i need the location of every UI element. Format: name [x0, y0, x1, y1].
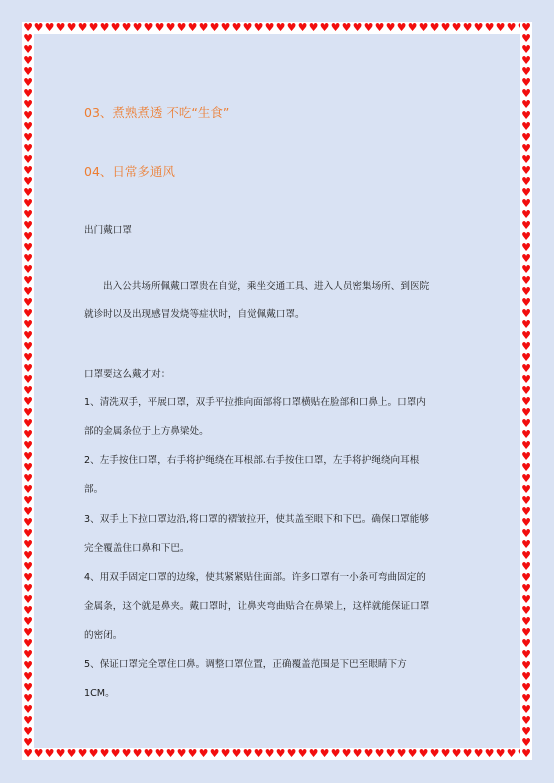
heart-icon: ♥	[319, 748, 330, 759]
heart-icon: ♥	[330, 748, 341, 759]
heart-icon: ♥	[198, 748, 209, 759]
heart-icon: ♥	[385, 22, 396, 33]
heart-icon: ♥	[286, 22, 297, 33]
heart-icon: ♥	[143, 22, 154, 33]
heart-icon: ♥	[264, 748, 275, 759]
heart-icon: ♥	[440, 748, 451, 759]
heart-border-bottom: ♥♥♥♥♥♥♥♥♥♥♥♥♥♥♥♥♥♥♥♥♥♥♥♥♥♥♥♥♥♥♥♥♥♥♥♥♥♥♥♥…	[22, 748, 532, 760]
heart-icon: ♥	[132, 22, 143, 33]
heart-icon: ♥	[330, 22, 341, 33]
heart-icon: ♥	[297, 22, 308, 33]
heart-icon: ♥	[396, 748, 407, 759]
heart-icon: ♥	[352, 22, 363, 33]
section-title: 出门戴口罩	[84, 222, 484, 236]
heart-icon: ♥	[521, 748, 532, 759]
heart-icon: ♥	[198, 22, 209, 33]
heart-icon: ♥	[209, 748, 220, 759]
heart-icon: ♥	[44, 748, 55, 759]
list-line: 完全覆盖住口鼻和下巴。	[84, 540, 484, 554]
heart-icon: ♥	[308, 22, 319, 33]
paragraph-line: 出入公共场所佩戴口罩贵在自觉，乘坐交通工具、进入人员密集场所、到医院	[84, 278, 484, 292]
heart-icon: ♥	[88, 22, 99, 33]
heart-icon: ♥	[143, 748, 154, 759]
heart-border-left: ♥♥♥♥♥♥♥♥♥♥♥♥♥♥♥♥♥♥♥♥♥♥♥♥♥♥♥♥♥♥♥♥♥♥♥♥♥♥♥♥…	[22, 22, 34, 760]
heart-icon: ♥	[220, 748, 231, 759]
list-line: 部的金属条位于上方鼻梁处。	[84, 423, 484, 437]
heart-icon: ♥	[33, 22, 44, 33]
heart-icon: ♥	[418, 748, 429, 759]
list-line: 1CM。	[84, 685, 484, 699]
heart-icon: ♥	[187, 748, 198, 759]
heart-icon: ♥	[23, 748, 34, 759]
heart-icon: ♥	[286, 748, 297, 759]
heart-icon: ♥	[187, 22, 198, 33]
heart-icon: ♥	[429, 748, 440, 759]
heart-icon: ♥	[264, 22, 275, 33]
heart-icon: ♥	[506, 748, 517, 759]
heart-icon: ♥	[462, 748, 473, 759]
heading-04: 04、日常多通风	[84, 162, 175, 180]
heart-icon: ♥	[242, 22, 253, 33]
heart-icon: ♥	[275, 748, 286, 759]
heart-icon: ♥	[495, 748, 506, 759]
heart-icon: ♥	[231, 22, 242, 33]
heart-icon: ♥	[429, 22, 440, 33]
heart-icon: ♥	[55, 748, 66, 759]
heart-icon: ♥	[77, 22, 88, 33]
list-line: 1、清洗双手，平展口罩，双手平拉推向面部将口罩横贴在脸部和口鼻上。口罩内	[84, 394, 484, 408]
heart-icon: ♥	[385, 748, 396, 759]
heart-icon: ♥	[275, 22, 286, 33]
heart-icon: ♥	[121, 22, 132, 33]
heart-icon: ♥	[33, 748, 44, 759]
heart-icon: ♥	[154, 748, 165, 759]
list-line: 的密闭。	[84, 627, 484, 641]
heart-icon: ♥	[220, 22, 231, 33]
heart-icon: ♥	[473, 748, 484, 759]
heart-icon: ♥	[341, 22, 352, 33]
list-line: 3、双手上下拉口罩边沿,将口罩的褶皱拉开，使其盖至眼下和下巴。确保口罩能够	[84, 511, 484, 525]
heart-icon: ♥	[99, 22, 110, 33]
heart-icon: ♥	[165, 748, 176, 759]
heart-icon: ♥	[484, 748, 495, 759]
heart-icon: ♥	[374, 22, 385, 33]
heart-icon: ♥	[396, 22, 407, 33]
heart-border-right: ♥♥♥♥♥♥♥♥♥♥♥♥♥♥♥♥♥♥♥♥♥♥♥♥♥♥♥♥♥♥♥♥♥♥♥♥♥♥♥♥…	[520, 22, 532, 760]
list-line: 部。	[84, 481, 484, 495]
heart-icon: ♥	[407, 22, 418, 33]
heart-icon: ♥	[495, 22, 506, 33]
heart-icon: ♥	[44, 22, 55, 33]
heart-icon: ♥	[363, 748, 374, 759]
list-line: 2、左手按住口罩，右手将护绳绕在耳根部.右手按住口罩，左手将护绳绕向耳根	[84, 452, 484, 466]
heart-icon: ♥	[66, 22, 77, 33]
heart-icon: ♥	[77, 748, 88, 759]
heart-icon: ♥	[176, 748, 187, 759]
heart-icon: ♥	[407, 748, 418, 759]
paragraph-line: 就诊时以及出现感冒发烧等症状时，自觉佩戴口罩。	[84, 306, 484, 320]
heart-icon: ♥	[297, 748, 308, 759]
heart-icon: ♥	[66, 748, 77, 759]
heart-icon: ♥	[319, 22, 330, 33]
heart-icon: ♥	[363, 22, 374, 33]
heart-icon: ♥	[132, 748, 143, 759]
heart-icon: ♥	[418, 22, 429, 33]
heart-icon: ♥	[88, 748, 99, 759]
heart-icon: ♥	[341, 748, 352, 759]
list-line: 4、用双手固定口罩的边缘，使其紧紧贴住面部。许多口罩有一小条可弯曲固定的	[84, 569, 484, 583]
heart-icon: ♥	[253, 22, 264, 33]
heart-icon: ♥	[242, 748, 253, 759]
heart-icon: ♥	[253, 748, 264, 759]
heart-icon: ♥	[55, 22, 66, 33]
heart-border-top: ♥♥♥♥♥♥♥♥♥♥♥♥♥♥♥♥♥♥♥♥♥♥♥♥♥♥♥♥♥♥♥♥♥♥♥♥♥♥♥♥…	[22, 22, 532, 34]
heart-icon: ♥	[110, 748, 121, 759]
heart-icon: ♥	[110, 22, 121, 33]
heart-icon: ♥	[484, 22, 495, 33]
heart-icon: ♥	[308, 748, 319, 759]
list-line: 5、保证口罩完全罩住口鼻。调整口罩位置，正确覆盖范围是下巴至眼睛下方	[84, 656, 484, 670]
heart-icon: ♥	[451, 748, 462, 759]
heart-icon: ♥	[451, 22, 462, 33]
heart-icon: ♥	[231, 748, 242, 759]
list-line: 金属条，这个就是鼻夹。戴口罩时，让鼻夹弯曲贴合在鼻梁上，这样就能保证口罩	[84, 598, 484, 612]
heading-03: 03、煮熟煮透 不吃“生食”	[84, 103, 229, 121]
heart-icon: ♥	[352, 748, 363, 759]
heart-icon: ♥	[462, 22, 473, 33]
heart-icon: ♥	[374, 748, 385, 759]
heart-icon: ♥	[165, 22, 176, 33]
list-intro: 口罩要这么戴才对：	[84, 366, 484, 380]
heart-icon: ♥	[506, 22, 517, 33]
heart-icon: ♥	[209, 22, 220, 33]
heart-icon: ♥	[154, 22, 165, 33]
heart-icon: ♥	[99, 748, 110, 759]
heart-icon: ♥	[121, 748, 132, 759]
heart-icon: ♥	[473, 22, 484, 33]
heart-icon: ♥	[176, 22, 187, 33]
heart-icon: ♥	[440, 22, 451, 33]
